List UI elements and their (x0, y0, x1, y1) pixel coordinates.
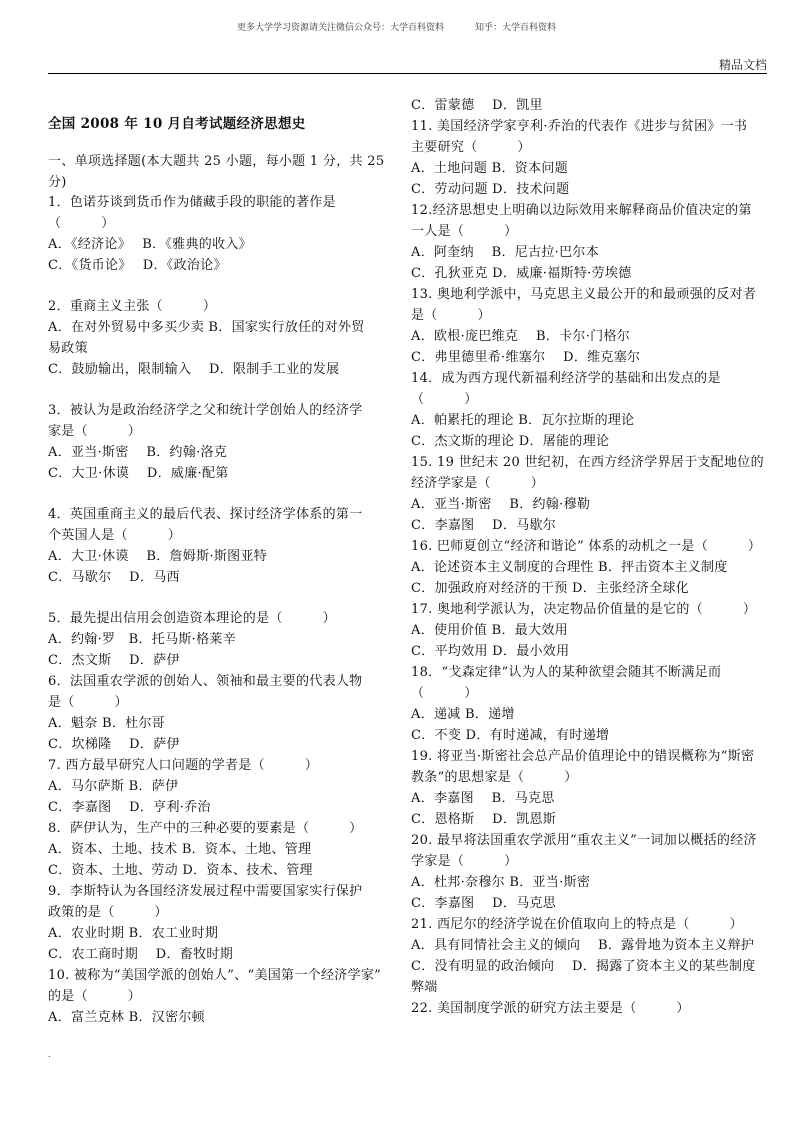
text-line: C．资本、土地、劳动 D．资本、技术、管理 (48, 863, 313, 879)
corner-label: 精品文档 (719, 56, 767, 73)
text-line: 教条”的思想家是（ ） (411, 770, 578, 786)
text-line: 是（ ） (411, 308, 491, 324)
text-line: C．李嘉图 D．亨利·乔治 (48, 800, 211, 816)
text-line: C．鼓励输出，限制输入 D．限制手工业的发展 (48, 362, 339, 378)
text-line: 经济学家是（ ） (411, 476, 544, 492)
text-line: 12.经济思想史上明确以边际效用来解释商品价值决定的第 (411, 203, 752, 219)
text-line: C．杰文斯的理论 D．屠能的理论 (411, 434, 609, 450)
text-line: C．恩格斯 D．凯恩斯 (411, 812, 556, 828)
text-line: 1．色诺芬谈到货币作为储藏手段的职能的著作是 (48, 195, 336, 211)
text-line: A．亚当·斯密 B．约翰·穆勒 (411, 497, 590, 513)
text-line: 16. 巴师夏创立“经济和谐论” 体系的动机之一是（ ） (411, 539, 761, 555)
text-line: C．《货币论》 D．《政治论》 (48, 258, 227, 274)
text-line: A．递减 B．递增 (411, 707, 515, 723)
text-line: C．加强政府对经济的干预 D．主张经济全球化 (411, 581, 689, 597)
banner-wechat-text: 更多大学学习资源请关注微信公众号：大学百科资料 (237, 23, 444, 33)
text-line: A．帕累托的理论 B．瓦尔拉斯的理论 (411, 413, 634, 429)
text-line: 13. 奥地利学派中，马克思主义最公开的和最顽强的反对者 (411, 287, 756, 303)
document-title: 全国 2008 年 10 月自考试题经济思想史 (48, 116, 306, 132)
top-banner: 更多大学学习资源请关注微信公众号：大学百科资料 知乎：大学百科资料 (0, 20, 793, 33)
footer-mark: . (48, 1050, 51, 1059)
text-line: C．坎梯隆 D．萨伊 (48, 737, 180, 753)
text-line: 15. 19 世纪末 20 世纪初，在西方经济学界居于支配地位的 (411, 455, 764, 471)
text-line: A．马尔萨斯 B．萨伊 (48, 779, 178, 795)
text-line: 22. 美国制度学派的研究方法主要是（ ） (411, 1001, 690, 1017)
text-line: 一、单项选择题(本大题共 25 小题，每小题 1 分，共 25 (48, 154, 384, 170)
header-divider (48, 73, 767, 74)
text-line: A．魁奈 B．杜尔哥 (48, 716, 165, 732)
text-line: A．大卫·休谟 B．詹姆斯·斯图亚特 (48, 549, 267, 565)
text-line: A．亚当·斯密 B．约翰·洛克 (48, 445, 227, 461)
text-line: 政策的是（ ） (48, 905, 168, 921)
text-line: C．马歇尔 D．马西 (48, 570, 180, 586)
banner-zhihu-text: 知乎：大学百科资料 (475, 23, 556, 33)
text-line: 21. 西尼尔的经济学说在价值取向上的特点是（ ） (411, 917, 743, 933)
text-line: A．土地问题 B．资本问题 (411, 161, 568, 177)
text-line: C．杰文斯 D．萨伊 (48, 653, 180, 669)
text-line: C．没有明显的政治倾向 D．揭露了资本主义的某些制度 (411, 959, 756, 975)
text-line: C．孔狄亚克 D．威廉·福斯特·劳埃德 (411, 266, 631, 282)
text-line: A．论述资本主义制度的合理性 B．抨击资本主义制度 (411, 560, 728, 576)
text-line: 8．萨伊认为，生产中的三种必要的要素是（ ） (48, 821, 362, 837)
text-line: 6．法国重农学派的创始人、领袖和最主要的代表人物 (48, 674, 362, 690)
text-line: 家是（ ） (48, 424, 141, 440)
text-line: A．《经济论》 B．《雅典的收入》 (48, 237, 252, 253)
text-line: A．资本、土地、技术 B．资本、土地、管理 (48, 842, 311, 858)
text-line: C．不变 D．有时递减，有时递增 (411, 728, 609, 744)
text-line: A．在对外贸易中多买少卖 B．国家实行放任的对外贸 (48, 320, 365, 336)
text-line: 个英国人是（ ） (48, 528, 181, 544)
text-line: A．阿奎纳 B．尼古拉·巴尔本 (411, 245, 599, 261)
text-line: 3．被认为是政治经济学之父和统计学创始人的经济学 (48, 403, 362, 419)
text-line: 学家是（ ） (411, 854, 517, 870)
text-line: C．劳动问题 D．技术问题 (411, 182, 569, 198)
text-line: 7. 西方最早研究人口问题的学者是（ ） (48, 758, 318, 774)
text-line: 一人是（ ） (411, 224, 517, 240)
text-line: 分) (48, 175, 67, 191)
text-line: C．农工商时期 D．畜牧时期 (48, 947, 233, 963)
text-line: 19. 将亚当·斯密社会总产品价值理论中的错误概称为“斯密 (411, 749, 754, 765)
text-line: A．农业时期 B．农工业时期 (48, 926, 218, 942)
text-line: 4．英国重商主义的最后代表、探讨经济学体系的第一 (48, 507, 362, 523)
text-line: A．杜邦·奈穆尔 B．亚当·斯密 (411, 875, 590, 891)
text-line: A．富兰克林 B．汉密尔顿 (48, 1010, 205, 1026)
text-line: C．李嘉图 D．马克思 (411, 896, 556, 912)
text-line: A．欧根·庞巴维克 B．卡尔·门格尔 (411, 329, 630, 345)
text-line: （ ） (48, 216, 115, 232)
text-line: 易政策 (48, 341, 88, 357)
text-line: C．平均效用 D．最小效用 (411, 644, 569, 660)
text-line: C．李嘉图 D．马歇尔 (411, 518, 556, 534)
text-line: 11. 美国经济学家亨利·乔治的代表作《进步与贫困》一书 (411, 119, 747, 135)
text-line: 18．“戈森定律”认为人的某种欲望会随其不断满足而 (411, 665, 721, 681)
text-line: 弊端 (411, 980, 438, 996)
text-line: C．大卫·休谟 D．威廉·配第 (48, 466, 229, 482)
text-line: C．弗里德里希·维塞尔 D．维克塞尔 (411, 350, 640, 366)
text-line: 17. 奥地利学派认为，决定物品价值量的是它的（ ） (411, 602, 756, 618)
text-line: 20. 最早将法国重农学派用“重农主义”一词加以概括的经济 (411, 833, 757, 849)
text-line: 主要研究（ ） (411, 140, 531, 156)
text-line: A．使用价值 B．最大效用 (411, 623, 568, 639)
text-line: 是（ ） (48, 695, 128, 711)
text-line: 的是（ ） (48, 989, 141, 1005)
text-line: A．约翰·罗 B．托马斯·格莱辛 (48, 632, 236, 648)
text-line: 10. 被称为“美国学派的创始人”、“美国第一个经济学家” (48, 968, 381, 984)
text-line: （ ） (411, 392, 478, 408)
text-line: C．雷蒙德 D．凯里 (411, 98, 543, 114)
text-line: 2．重商主义主张（ ） (48, 299, 216, 315)
text-line: A．具有同情社会主义的倾向 B．露骨地为资本主义辩护 (411, 938, 754, 954)
text-line: 9．李斯特认为各国经济发展过程中需要国家实行保护 (48, 884, 362, 900)
text-line: A．李嘉图 B．马克思 (411, 791, 555, 807)
text-line: 5．最先提出信用会创造资本理论的是（ ） (48, 611, 336, 627)
text-line: 14．成为西方现代新福利经济学的基础和出发点的是 (411, 371, 721, 387)
text-line: （ ） (411, 686, 478, 702)
